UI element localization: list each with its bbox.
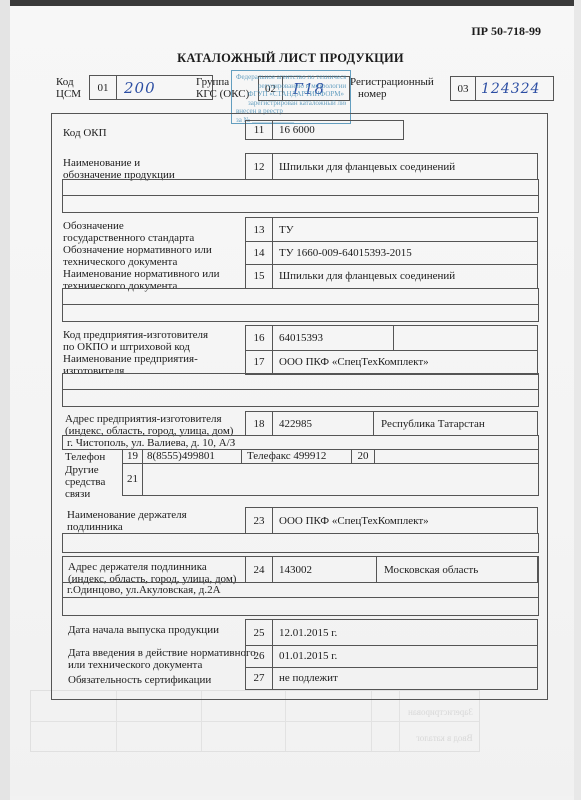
ghost-row-label: Зарегистрирован xyxy=(408,707,473,717)
page-title: КАТАЛОЖНЫЙ ЛИСТ ПРОДУКЦИИ xyxy=(0,51,581,66)
csm-code: 01 xyxy=(90,76,117,99)
reg-code: 03 xyxy=(451,77,476,100)
normative-doc-extra-line[interactable] xyxy=(62,304,539,322)
holder-address-field[interactable]: 24 143002 Московская область xyxy=(245,556,538,583)
doc-effective-label: Дата введения в действие нормативного ил… xyxy=(68,647,256,671)
doc-effective-code: 26 xyxy=(246,645,273,667)
holder-name-label: Наименование держателя подлинника xyxy=(67,509,187,533)
csm-value: 200 xyxy=(124,76,204,99)
certification-row[interactable]: 27 не подлежит xyxy=(246,667,537,689)
holder-postal-index: 143002 xyxy=(279,557,377,582)
normative-doc-name-code: 15 xyxy=(246,264,273,288)
manufacturer-postal-index: 422985 xyxy=(279,412,374,435)
reg-value: 124324 xyxy=(481,77,551,100)
manufacturer-code-label: Код предприятия-изготовителя по ОКПО и ш… xyxy=(63,329,208,377)
okpo-row[interactable]: 16 64015393 xyxy=(246,326,537,351)
fax-value[interactable]: Телефакс 499912 xyxy=(247,449,352,463)
phone-label: Телефон xyxy=(65,451,105,463)
okp-code: 11 xyxy=(246,121,273,139)
reg-label: Регистрационный номер xyxy=(350,76,434,100)
product-name-code: 12 xyxy=(246,154,273,179)
doc-effective-value: 01.01.2015 г. xyxy=(279,645,337,667)
fax-code: 20 xyxy=(352,449,375,463)
okpo-code: 16 xyxy=(246,326,273,350)
doc-effective-row[interactable]: 26 01.01.2015 г. xyxy=(246,645,537,668)
other-comms-label: Другие средства связи xyxy=(65,464,105,500)
holder-street-address[interactable]: г.Одинцово, ул.Акуловская, д.2А xyxy=(62,582,539,598)
manufacturer-address-label: Адрес предприятия-изготовителя (индекс, … xyxy=(65,413,233,437)
normative-doc-name-row[interactable]: 15 Шпильки для фланцевых соединений xyxy=(246,264,537,288)
dates-fields: 25 12.01.2015 г. 26 01.01.2015 г. 27 не … xyxy=(245,619,538,690)
certification-code: 27 xyxy=(246,667,273,689)
reg-field[interactable]: 03 124324 xyxy=(450,76,554,101)
state-standard-label: Обозначение государственного стандарта О… xyxy=(63,220,220,292)
scan-left-edge xyxy=(0,0,10,800)
other-comms-field[interactable]: 21 xyxy=(122,462,539,496)
csm-label: Код ЦСМ xyxy=(56,76,81,100)
production-start-code: 25 xyxy=(246,620,273,645)
manufacturer-extra-line[interactable] xyxy=(62,373,539,390)
normative-doc-extra-line[interactable] xyxy=(62,288,539,305)
production-start-label: Дата начала выпуска продукции xyxy=(68,624,219,636)
normative-doc-value: ТУ 1660-009-64015393-2015 xyxy=(279,241,412,264)
product-name-extra-line[interactable] xyxy=(62,179,539,196)
okp-label: Код ОКП xyxy=(63,127,107,139)
okp-value: 16 6000 xyxy=(279,121,315,139)
other-comms-code: 21 xyxy=(123,462,143,495)
ghost-row-label: Ввод в каталог xyxy=(416,733,473,743)
state-standard-value: ТУ xyxy=(279,218,294,241)
manufacturer-fields: 16 64015393 17 ООО ПКФ «СпецТехКомплект» xyxy=(245,325,538,375)
phone-value[interactable]: 8(8555)499801 xyxy=(147,449,242,463)
holder-address-extra-line[interactable] xyxy=(62,597,539,616)
normative-doc-row[interactable]: 14 ТУ 1660-009-64015393-2015 xyxy=(246,241,537,265)
standard-doc-fields: 13 ТУ 14 ТУ 1660-009-64015393-2015 15 Шп… xyxy=(245,217,538,289)
state-standard-code: 13 xyxy=(246,218,273,241)
state-standard-row[interactable]: 13 ТУ xyxy=(246,218,537,242)
holder-address-code: 24 xyxy=(246,557,273,582)
okpo-value: 64015393 xyxy=(279,326,394,350)
holder-region: Московская область xyxy=(384,557,478,582)
normative-doc-code: 14 xyxy=(246,241,273,264)
product-name-value: Шпильки для фланцевых соединений xyxy=(279,154,455,179)
holder-name-value: ООО ПКФ «СпецТехКомплект» xyxy=(279,508,429,533)
normative-doc-name-value: Шпильки для фланцевых соединений xyxy=(279,264,455,288)
okp-field[interactable]: 11 16 6000 xyxy=(245,120,404,140)
phone-code: 19 xyxy=(123,449,143,463)
certification-value: не подлежит xyxy=(279,667,338,689)
manufacturer-name-value: ООО ПКФ «СпецТехКомплект» xyxy=(279,350,429,374)
production-start-value: 12.01.2015 г. xyxy=(279,620,337,645)
csm-field[interactable]: 01 200 xyxy=(89,75,213,100)
manufacturer-address-field[interactable]: 18 422985 Республика Татарстан xyxy=(245,411,538,436)
holder-name-code: 23 xyxy=(246,508,273,533)
scan-right-edge xyxy=(574,0,581,800)
manufacturer-extra-line[interactable] xyxy=(62,389,539,407)
product-name-extra-line[interactable] xyxy=(62,195,539,213)
document-reference: ПР 50-718-99 xyxy=(471,24,541,39)
product-name-label: Наименование и обозначение продукции xyxy=(63,157,175,181)
manufacturer-name-code: 17 xyxy=(246,350,273,374)
product-name-field[interactable]: 12 Шпильки для фланцевых соединений xyxy=(245,153,538,180)
manufacturer-street-address[interactable]: г. Чистополь, ул. Валиева, д. 10, А/З xyxy=(62,435,539,450)
holder-name-extra-line[interactable] xyxy=(62,533,539,553)
manufacturer-region: Республика Татарстан xyxy=(381,412,485,435)
manufacturer-name-row[interactable]: 17 ООО ПКФ «СпецТехКомплект» xyxy=(246,350,537,374)
manufacturer-address-code: 18 xyxy=(246,412,273,435)
certification-label: Обязательность сертификации xyxy=(68,674,211,686)
production-start-row[interactable]: 25 12.01.2015 г. xyxy=(246,620,537,646)
holder-name-field[interactable]: 23 ООО ПКФ «СпецТехКомплект» xyxy=(245,507,538,534)
